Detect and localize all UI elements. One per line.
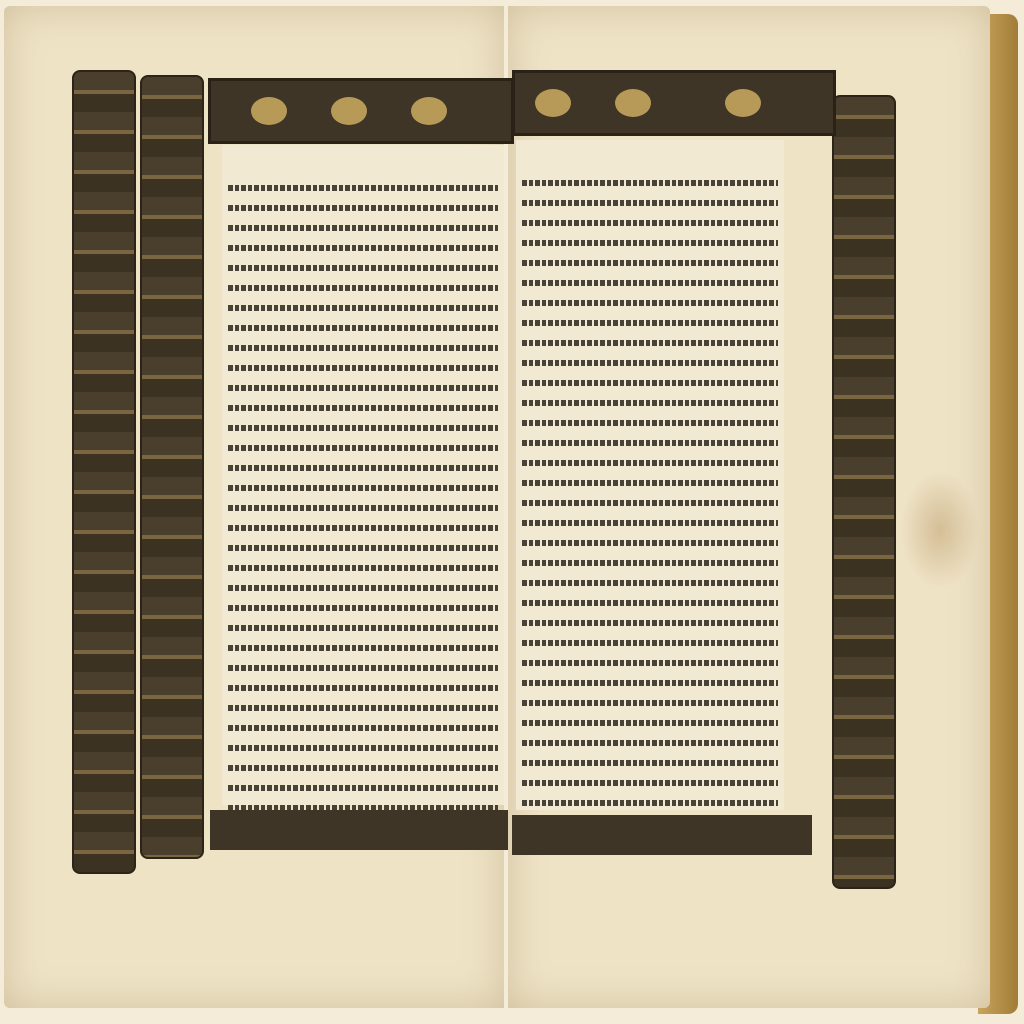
top-border-left — [208, 78, 514, 144]
text-line — [522, 800, 778, 806]
text-line — [522, 780, 778, 786]
text-line — [522, 640, 778, 646]
text-line — [228, 585, 498, 591]
ornate-column-left-outer — [72, 70, 136, 874]
ornate-column-left-inner — [140, 75, 204, 859]
text-line — [228, 385, 498, 391]
text-line — [522, 380, 778, 386]
gold-medallion — [411, 97, 447, 125]
bottom-border-right — [512, 815, 812, 855]
ornate-column-right — [832, 95, 896, 889]
text-line — [228, 625, 498, 631]
gold-medallion — [725, 89, 761, 117]
text-line — [228, 365, 498, 371]
text-line — [228, 565, 498, 571]
text-line — [522, 280, 778, 286]
text-line — [228, 725, 498, 731]
text-line — [522, 260, 778, 266]
text-line — [522, 720, 778, 726]
text-line — [228, 745, 498, 751]
text-line — [228, 305, 498, 311]
text-line — [522, 460, 778, 466]
text-line — [228, 485, 498, 491]
text-line — [522, 560, 778, 566]
text-line — [522, 700, 778, 706]
bottom-border-left — [210, 810, 508, 850]
text-line — [522, 220, 778, 226]
text-line — [228, 445, 498, 451]
text-line — [228, 785, 498, 791]
right-text-block — [516, 140, 784, 810]
text-line — [228, 605, 498, 611]
text-line — [228, 265, 498, 271]
text-line — [522, 480, 778, 486]
gold-medallion — [331, 97, 367, 125]
text-line — [522, 500, 778, 506]
text-line — [228, 505, 498, 511]
open-manuscript: Open illuminated manuscript book with or… — [0, 0, 1024, 1024]
text-line — [522, 300, 778, 306]
text-line — [228, 705, 498, 711]
text-line — [228, 325, 498, 331]
text-line — [228, 225, 498, 231]
text-line — [522, 660, 778, 666]
text-line — [522, 580, 778, 586]
text-line — [522, 180, 778, 186]
text-line — [522, 420, 778, 426]
text-line — [228, 185, 498, 191]
text-line — [228, 285, 498, 291]
gold-medallion — [615, 89, 651, 117]
text-line — [522, 240, 778, 246]
text-line — [522, 200, 778, 206]
text-line — [228, 765, 498, 771]
text-line — [228, 645, 498, 651]
text-line — [522, 600, 778, 606]
text-line — [228, 665, 498, 671]
text-line — [228, 465, 498, 471]
image-subject: Open illuminated manuscript book with or… — [0, 0, 1, 1]
text-line — [228, 345, 498, 351]
text-line — [228, 405, 498, 411]
text-line — [522, 740, 778, 746]
text-line — [522, 520, 778, 526]
text-line — [522, 680, 778, 686]
text-line — [228, 525, 498, 531]
text-line — [228, 425, 498, 431]
text-line — [522, 360, 778, 366]
text-line — [522, 760, 778, 766]
age-stain — [900, 470, 980, 590]
text-line — [522, 540, 778, 546]
gold-medallion — [535, 89, 571, 117]
left-text-block — [222, 145, 504, 805]
text-line — [522, 320, 778, 326]
text-line — [522, 400, 778, 406]
gold-medallion — [251, 97, 287, 125]
text-line — [522, 620, 778, 626]
text-line — [228, 245, 498, 251]
text-line — [522, 340, 778, 346]
top-border-right — [512, 70, 836, 136]
text-line — [228, 685, 498, 691]
text-line — [522, 440, 778, 446]
text-line — [228, 205, 498, 211]
text-line — [228, 545, 498, 551]
